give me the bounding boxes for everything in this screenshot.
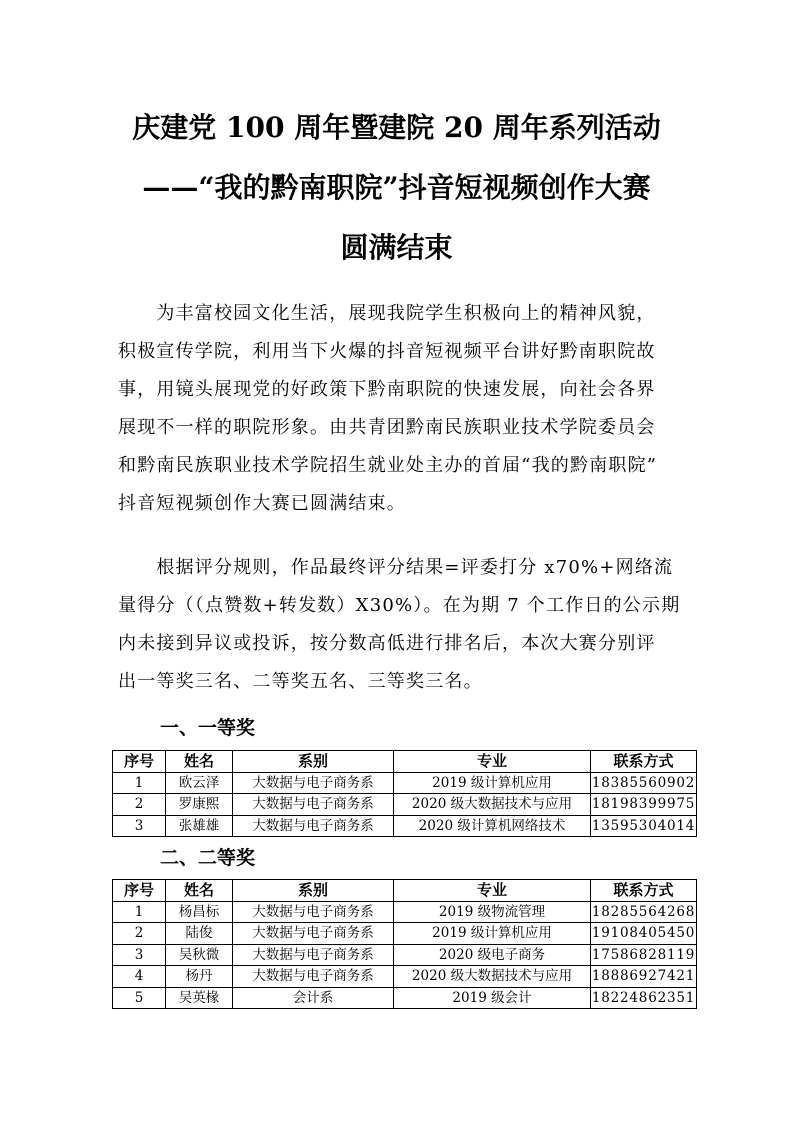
paragraph-line: 根据评分规则，作品最终评分结果=评委打分 x70%+网络流 [118,556,678,580]
cell-contact: 18224862351 [591,987,697,1009]
table-header-row: 序号 姓名 系别 专业 联系方式 [113,880,697,902]
cell-contact: 19108405450 [591,923,697,945]
paragraph-line: 为丰富校园文化生活，展现我院学生积极向上的精神风貌， [118,302,678,326]
cell-major: 2020 级大数据技术与应用 [394,966,591,988]
table-row: 2 罗康熙 大数据与电子商务系 2020 级大数据技术与应用 181983999… [113,794,697,816]
cell-contact: 13595304014 [591,815,697,837]
paragraph-line: 出一等奖三名、二等奖五名、三等奖三名。 [118,670,678,694]
column-header-major: 专业 [394,751,591,773]
table-row: 3 张雄雄 大数据与电子商务系 2020 级计算机网络技术 1359530401… [113,815,697,837]
cell-department: 大数据与电子商务系 [233,815,394,837]
section-heading-second-prize: 二、二等奖 [160,846,255,870]
cell-department: 大数据与电子商务系 [233,794,394,816]
cell-contact: 18385560902 [591,772,697,794]
column-header-number: 序号 [113,751,166,773]
cell-contact: 18198399975 [591,794,697,816]
cell-number: 3 [113,944,166,966]
cell-major: 2019 级物流管理 [394,901,591,923]
cell-department: 大数据与电子商务系 [233,923,394,945]
first-prize-table: 序号 姓名 系别 专业 联系方式 1 欧云泽 大数据与电子商务系 2019 级计… [112,750,697,837]
cell-department: 大数据与电子商务系 [233,944,394,966]
table-row: 5 吴英椽 会计系 2019 级会计 18224862351 [113,987,697,1009]
cell-number: 3 [113,815,166,837]
paragraph-line: 事，用镜头展现党的好政策下黔南职院的快速发展，向社会各界 [118,378,678,402]
cell-name: 杨昌标 [166,901,233,923]
cell-name: 陆俊 [166,923,233,945]
cell-major: 2020 级计算机网络技术 [394,815,591,837]
column-header-major: 专业 [394,880,591,902]
cell-department: 大数据与电子商务系 [233,966,394,988]
cell-number: 1 [113,772,166,794]
second-prize-table: 序号 姓名 系别 专业 联系方式 1 杨昌标 大数据与电子商务系 2019 级物… [112,879,697,1009]
table-header-row: 序号 姓名 系别 专业 联系方式 [113,751,697,773]
cell-number: 2 [113,923,166,945]
paragraph-line: 抖音短视频创作大赛已圆满结束。 [118,492,678,516]
cell-number: 2 [113,794,166,816]
paragraph-line: 内未接到异议或投诉，按分数高低进行排名后，本次大赛分别评 [118,632,678,656]
cell-major: 2020 级电子商务 [394,944,591,966]
cell-department: 会计系 [233,987,394,1009]
cell-name: 吴秋微 [166,944,233,966]
column-header-department: 系别 [233,751,394,773]
cell-contact: 18886927421 [591,966,697,988]
cell-major: 2019 级计算机应用 [394,923,591,945]
paragraph-line: 和黔南民族职业技术学院招生就业处主办的首届“我的黔南职院” [118,454,678,478]
cell-department: 大数据与电子商务系 [233,772,394,794]
document-title-line-2: ——“我的黔南职院”抖音短视频创作大赛 [0,168,793,208]
table-row: 1 杨昌标 大数据与电子商务系 2019 级物流管理 18285564268 [113,901,697,923]
column-header-contact: 联系方式 [591,880,697,902]
cell-major: 2020 级大数据技术与应用 [394,794,591,816]
table-row: 1 欧云泽 大数据与电子商务系 2019 级计算机应用 18385560902 [113,772,697,794]
section-heading-first-prize: 一、一等奖 [160,716,255,740]
cell-name: 欧云泽 [166,772,233,794]
cell-name: 吴英椽 [166,987,233,1009]
table-row: 2 陆俊 大数据与电子商务系 2019 级计算机应用 19108405450 [113,923,697,945]
table-row: 4 杨丹 大数据与电子商务系 2020 级大数据技术与应用 1888692742… [113,966,697,988]
cell-major: 2019 级计算机应用 [394,772,591,794]
cell-contact: 17586828119 [591,944,697,966]
cell-name: 张雄雄 [166,815,233,837]
paragraph-line: 量得分（（点赞数+转发数）X30%）。在为期 7 个工作日的公示期 [118,594,678,618]
cell-name: 罗康熙 [166,794,233,816]
cell-number: 4 [113,966,166,988]
cell-contact: 18285564268 [591,901,697,923]
column-header-number: 序号 [113,880,166,902]
column-header-name: 姓名 [166,751,233,773]
cell-number: 5 [113,987,166,1009]
document-title-line-1: 庆建党 100 周年暨建院 20 周年系列活动 [0,108,793,148]
paragraph-line: 展现不一样的职院形象。由共青团黔南民族职业技术学院委员会 [118,416,678,440]
table-row: 3 吴秋微 大数据与电子商务系 2020 级电子商务 17586828119 [113,944,697,966]
cell-name: 杨丹 [166,966,233,988]
paragraph-line: 积极宣传学院，利用当下火爆的抖音短视频平台讲好黔南职院故 [118,340,678,364]
cell-department: 大数据与电子商务系 [233,901,394,923]
column-header-contact: 联系方式 [591,751,697,773]
cell-number: 1 [113,901,166,923]
column-header-department: 系别 [233,880,394,902]
column-header-name: 姓名 [166,880,233,902]
document-title-line-3: 圆满结束 [0,228,793,268]
cell-major: 2019 级会计 [394,987,591,1009]
